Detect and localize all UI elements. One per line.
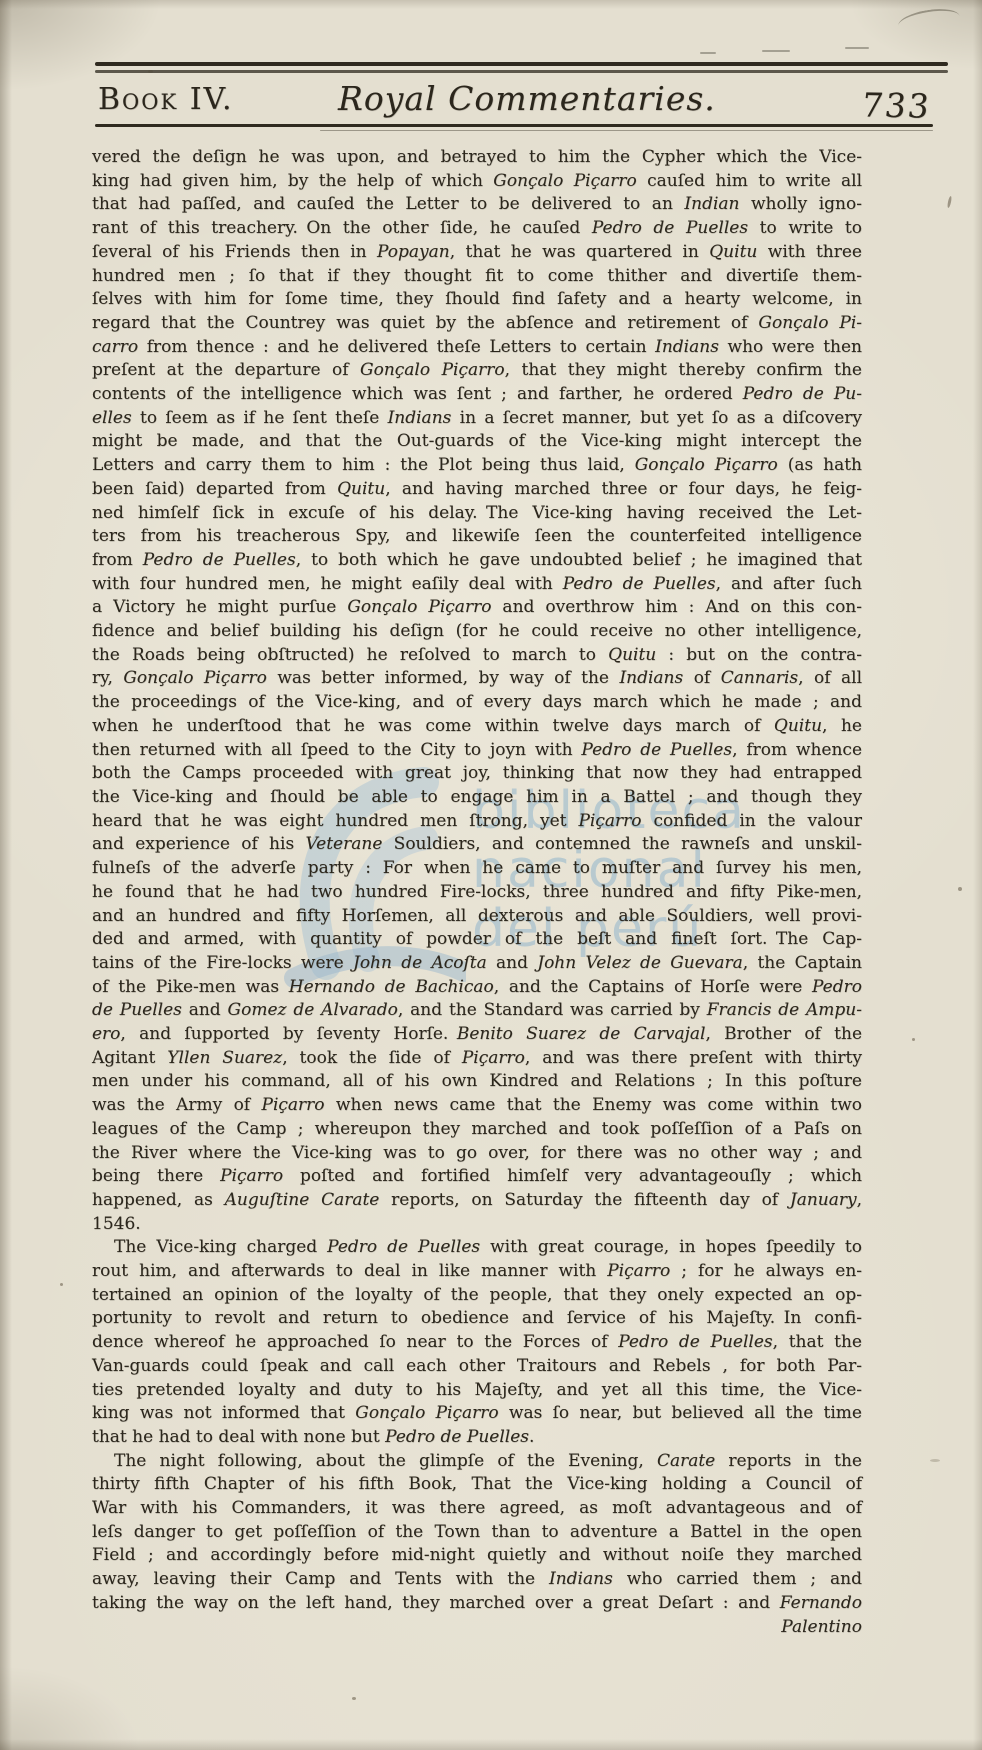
text-line: the Vice-king and ſhould be able to enga… xyxy=(92,786,862,810)
proper-name-italic-run: Veterane xyxy=(305,834,382,854)
text-run: ſeveral of his Friends then in xyxy=(92,242,377,262)
text-run: who carried them ; and xyxy=(613,1569,862,1589)
text-line: leagues of the Camp ; whereupon they mar… xyxy=(92,1118,862,1142)
text-line: Field ; and accordingly before mid-night… xyxy=(92,1544,862,1568)
text-run: tertained an opinion of the loyalty of t… xyxy=(92,1285,862,1305)
text-run: then returned with all ſpeed to the City… xyxy=(92,740,581,760)
text-line: vered the deſign he was upon, and betray… xyxy=(92,146,862,170)
text-run: from xyxy=(92,550,143,570)
text-line: Agitant Yllen Suarez, took the ſide of P… xyxy=(92,1047,862,1071)
proper-name-italic-run: Pedro de Puelles xyxy=(385,1427,529,1447)
text-line: carro from thence : and he delivered the… xyxy=(92,336,862,360)
text-run: , and was there preſent with thirty xyxy=(525,1048,862,1068)
text-run: reports, on Saturday the fifteenth day o… xyxy=(379,1190,790,1210)
text-run: was ſo near, but believed all the time xyxy=(499,1403,862,1423)
text-line: dence whereof he approached ſo near to t… xyxy=(92,1331,862,1355)
text-run: War with his Commanders, it was there ag… xyxy=(92,1498,862,1518)
text-line: the proceedings of the Vice-king, and of… xyxy=(92,691,862,715)
text-line: from Pedro de Puelles, to both which he … xyxy=(92,549,862,573)
text-run: . xyxy=(529,1427,534,1447)
text-run: The Vice-king charged xyxy=(114,1237,327,1257)
text-run: 1546. xyxy=(92,1214,141,1234)
text-run: ties pretended loyalty and duty to his M… xyxy=(92,1380,862,1400)
proper-name-italic-run: Pedro de Puelles xyxy=(581,740,732,760)
header-rule-top xyxy=(95,62,948,66)
text-line: ſelves with him for ſome time, they ſhou… xyxy=(92,288,862,312)
text-run: , and having marched three or four days,… xyxy=(385,479,862,499)
text-column: vered the deſign he was upon, and betray… xyxy=(92,146,862,1616)
text-run: was better informed, by way of the xyxy=(267,668,620,688)
text-run: to ſeem as if he ſent theſe xyxy=(132,408,388,428)
proper-name-italic-run: Indians xyxy=(655,337,719,357)
text-run: men under his command, all of his own Ki… xyxy=(92,1071,862,1091)
text-run: the Roads being obſtructed) he reſolved … xyxy=(92,645,608,665)
text-run: ded and armed, with quantity of powder o… xyxy=(92,929,862,949)
text-run: : but on the contra- xyxy=(656,645,862,665)
text-run: , and after ſuch xyxy=(716,574,862,594)
text-line: a Victory he might purſue Gonçalo Piçarr… xyxy=(92,596,862,620)
header-rule-top-2 xyxy=(95,70,948,73)
text-run: away, leaving their Camp and Tents with … xyxy=(92,1569,549,1589)
text-line: happened, as Auguſtine Carate reports, o… xyxy=(92,1189,862,1213)
proper-name-italic-run: Indians xyxy=(388,408,452,428)
text-run: Van-guards could ſpeak and call each oth… xyxy=(92,1356,862,1376)
text-line: that had paſſed, and cauſed the Letter t… xyxy=(92,193,862,217)
ink-speck xyxy=(148,70,153,73)
text-line: ded and armed, with quantity of powder o… xyxy=(92,928,862,952)
text-line: been ſaid) departed from Quitu, and havi… xyxy=(92,478,862,502)
text-run: been ſaid) departed from xyxy=(92,479,337,499)
proper-name-italic-run: Popayan xyxy=(377,242,450,262)
text-run: reports in the xyxy=(715,1451,862,1471)
text-run: Letters and carry them to him : the Plot… xyxy=(92,455,635,475)
text-run: with three xyxy=(757,242,862,262)
text-run: ry, xyxy=(92,668,123,688)
text-line: he found that he had two hundred Fire-lo… xyxy=(92,881,862,905)
text-run: , and the Standard was carried by xyxy=(398,1000,707,1020)
text-line: king had given him, by the help of which… xyxy=(92,170,862,194)
text-run: , xyxy=(857,1190,862,1210)
text-run: , from whence xyxy=(732,740,862,760)
text-line: hundred men ; ſo that if they thought fi… xyxy=(92,265,862,289)
text-run: when he underſtood that he was come with… xyxy=(92,716,774,736)
text-run: ned himſelf ſick in excuſe of his delay.… xyxy=(92,503,862,523)
text-line: fidence and belief building his deſign (… xyxy=(92,620,862,644)
text-run: a Victory he might purſue xyxy=(92,597,347,617)
text-line: 1546. xyxy=(92,1213,862,1237)
text-run: and xyxy=(182,1000,228,1020)
text-run: the River where the Vice-king was to go … xyxy=(92,1143,862,1163)
proper-name-italic-run: Indians xyxy=(619,668,683,688)
text-line: de Puelles and Gomez de Alvarado, and th… xyxy=(92,999,862,1023)
text-run: dence whereof he approached ſo near to t… xyxy=(92,1332,618,1352)
text-run: happened, as xyxy=(92,1190,225,1210)
text-line: and an hundred and fifty Horſemen, all d… xyxy=(92,905,862,929)
proper-name-italic-run: Gonçalo Pi- xyxy=(758,313,862,333)
text-line: ned himſelf ſick in excuſe of his delay.… xyxy=(92,502,862,526)
text-run: , to both which he gave undoubted belief… xyxy=(296,550,862,570)
proper-name-italic-run: de Puelles xyxy=(92,1000,182,1020)
text-run: ters from his treacherous Spy, and likew… xyxy=(92,526,862,546)
press-mark xyxy=(762,50,790,52)
text-line: men under his command, all of his own Ki… xyxy=(92,1070,862,1094)
text-run: cauſed him to write all xyxy=(637,171,862,191)
proper-name-italic-run: Quitu xyxy=(709,242,757,262)
proper-name-italic-run: Quitu xyxy=(608,645,656,665)
text-run: leagues of the Camp ; whereupon they mar… xyxy=(92,1119,862,1139)
text-run: , the Captain xyxy=(743,953,862,973)
text-run: , that the xyxy=(773,1332,862,1352)
text-run: with four hundred men, he might eaſily d… xyxy=(92,574,563,594)
text-run: to write to xyxy=(748,218,862,238)
text-run: , of all xyxy=(798,668,862,688)
proper-name-italic-run: January xyxy=(790,1190,857,1210)
text-run: Souldiers, and contemned the rawneſs and… xyxy=(382,834,862,854)
text-run: preſent at the departure of xyxy=(92,360,360,380)
text-line: both the Camps proceeded with great joy,… xyxy=(92,762,862,786)
text-line: leſs danger to get poſſeſſion of the Tow… xyxy=(92,1521,862,1545)
text-run: taking the way on the left hand, they ma… xyxy=(92,1593,780,1613)
proper-name-italic-run: Quitu xyxy=(774,716,822,736)
text-run: and experience of his xyxy=(92,834,305,854)
proper-name-italic-run: John Velez de Guevara xyxy=(537,953,743,973)
proper-name-italic-run: Gonçalo Piçarro xyxy=(355,1403,498,1423)
text-run: king was not informed that xyxy=(92,1403,355,1423)
proper-name-italic-run: Gonçalo Piçarro xyxy=(360,360,505,380)
text-run: rant of this treachery. On the other ſid… xyxy=(92,218,592,238)
ink-speck xyxy=(912,1038,915,1041)
proper-name-italic-run: Yllen Suarez xyxy=(167,1048,282,1068)
proper-name-italic-run: Gomez de Alvarado xyxy=(228,1000,398,1020)
text-run: and an hundred and fifty Horſemen, all d… xyxy=(92,906,862,926)
text-line: preſent at the departure of Gonçalo Piça… xyxy=(92,359,862,383)
text-line: the Roads being obſtructed) he reſolved … xyxy=(92,644,862,668)
proper-name-italic-run: Piçarro xyxy=(462,1048,525,1068)
text-run: of xyxy=(683,668,720,688)
text-run: contents of the intelligence which was ſ… xyxy=(92,384,743,404)
text-run: Field ; and accordingly before mid-night… xyxy=(92,1545,862,1565)
text-run: regard that the Countrey was quiet by th… xyxy=(92,313,758,333)
text-line: and experience of his Veterane Souldiers… xyxy=(92,833,862,857)
text-run: from thence : and he delivered theſe Let… xyxy=(138,337,655,357)
text-run: , and ſupported by ſeventy Horſe. xyxy=(120,1024,456,1044)
text-line: when he underſtood that he was come with… xyxy=(92,715,862,739)
proper-name-italic-run: Gonçalo Piçarro xyxy=(635,455,778,475)
text-line: away, leaving their Camp and Tents with … xyxy=(92,1568,862,1592)
proper-name-italic-run: Quitu xyxy=(337,479,385,499)
text-run: portunity to revolt and return to obedie… xyxy=(92,1308,862,1328)
text-run: , took the ſide of xyxy=(282,1048,462,1068)
proper-name-italic-run: Hernando de Bachicao xyxy=(289,977,494,997)
text-line: of the Pike-men was Hernando de Bachicao… xyxy=(92,976,862,1000)
proper-name-italic-run: Auguſtine Carate xyxy=(225,1190,380,1210)
text-line: heard that he was eight hundred men ſtro… xyxy=(92,810,862,834)
text-line: ero, and ſupported by ſeventy Horſe. Ben… xyxy=(92,1023,862,1047)
text-line: was the Army of Piçarro when news came t… xyxy=(92,1094,862,1118)
text-line: rout him, and afterwards to deal in like… xyxy=(92,1260,862,1284)
proper-name-italic-run: Indians xyxy=(549,1569,613,1589)
proper-name-italic-run: Cannaris xyxy=(721,668,798,688)
proper-name-italic-run: Gonçalo Piçarro xyxy=(123,668,267,688)
text-run: might be made, and that the Out-guards o… xyxy=(92,431,862,451)
text-line: ties pretended loyalty and duty to his M… xyxy=(92,1379,862,1403)
text-run: was the Army of xyxy=(92,1095,262,1115)
proper-name-italic-run: Piçarro xyxy=(220,1166,283,1186)
proper-name-italic-run: Pedro de Puelles xyxy=(618,1332,772,1352)
text-line: tains of the Fire-locks were John de Aco… xyxy=(92,952,862,976)
text-run: leſs danger to get poſſeſſion of the Tow… xyxy=(92,1522,862,1542)
text-run: vered the deſign he was upon, and betray… xyxy=(92,147,862,167)
text-line: elles to ſeem as if he ſent theſe Indian… xyxy=(92,407,862,431)
header-rule-bottom-echo xyxy=(320,130,933,131)
text-run: , Brother of the xyxy=(705,1024,862,1044)
text-run: in a ſecret manner, but yet ſo as a diſc… xyxy=(451,408,862,428)
proper-name-italic-run: Indian xyxy=(684,194,739,214)
text-line: Van-guards could ſpeak and call each oth… xyxy=(92,1355,862,1379)
proper-name-italic-run: Pedro de Puelles xyxy=(592,218,748,238)
corner-curl-mark xyxy=(897,5,962,36)
text-run: , and the Captains of Horſe were xyxy=(494,977,812,997)
text-run: tains of the Fire-locks were xyxy=(92,953,353,973)
text-line: portunity to revolt and return to obedie… xyxy=(92,1307,862,1331)
proper-name-italic-run: Carate xyxy=(657,1451,715,1471)
text-run: confided in the valour xyxy=(641,811,862,831)
text-line: The night following, about the glimpſe o… xyxy=(92,1450,862,1474)
running-title: Royal Commentaries. xyxy=(338,79,716,118)
text-run: fulneſs of the adverſe party : For when … xyxy=(92,858,862,878)
proper-name-italic-run: Francis de Ampu- xyxy=(707,1000,862,1020)
text-run: , he xyxy=(822,716,862,736)
book-number-label: Book IV. xyxy=(98,82,234,117)
text-line: The Vice-king charged Pedro de Puelles w… xyxy=(92,1236,862,1260)
text-run: poſted and fortified himſelf very advant… xyxy=(283,1166,862,1186)
header-rule-bottom xyxy=(95,124,933,127)
text-run: , that he was quartered in xyxy=(450,242,710,262)
text-run: rout him, and afterwards to deal in like… xyxy=(92,1261,607,1281)
text-run: the Vice-king and ſhould be able to enga… xyxy=(92,787,862,807)
proper-name-italic-run: John de Acoſta xyxy=(353,953,487,973)
text-run: with great courage, in hopes ſpeedily to xyxy=(480,1237,862,1257)
ink-speck xyxy=(947,196,952,208)
text-line: War with his Commanders, it was there ag… xyxy=(92,1497,862,1521)
proper-name-italic-run: Pedro de Puelles xyxy=(563,574,716,594)
text-line: tertained an opinion of the loyalty of t… xyxy=(92,1284,862,1308)
text-run: he found that he had two hundred Fire-lo… xyxy=(92,882,862,902)
proper-name-italic-run: Fernando xyxy=(780,1593,862,1613)
text-line: being there Piçarro poſted and fortified… xyxy=(92,1165,862,1189)
proper-name-italic-run: ero xyxy=(92,1024,120,1044)
text-run: who were then xyxy=(719,337,862,357)
text-run: heard that he was eight hundred men ſtro… xyxy=(92,811,578,831)
text-line: ry, Gonçalo Piçarro was better informed,… xyxy=(92,667,862,691)
press-mark xyxy=(700,52,716,54)
text-line: with four hundred men, he might eaſily d… xyxy=(92,573,862,597)
proper-name-italic-run: carro xyxy=(92,337,138,357)
text-run: wholly igno- xyxy=(739,194,862,214)
proper-name-italic-run: Benito Suarez de Carvajal xyxy=(457,1024,706,1044)
text-run: , that they might thereby confirm the xyxy=(505,360,862,380)
ink-speck xyxy=(352,1697,356,1700)
proper-name-italic-run: Gonçalo Piçarro xyxy=(493,171,636,191)
ink-speck xyxy=(958,887,962,891)
proper-name-italic-run: Piçarro xyxy=(262,1095,325,1115)
text-line: ters from his treacherous Spy, and likew… xyxy=(92,525,862,549)
text-run: hundred men ; ſo that if they thought fi… xyxy=(92,266,862,286)
proper-name-italic-run: Pedro xyxy=(812,977,862,997)
text-line: then returned with all ſpeed to the City… xyxy=(92,739,862,763)
text-line: contents of the intelligence which was ſ… xyxy=(92,383,862,407)
text-run: (as hath xyxy=(778,455,862,475)
press-mark xyxy=(845,47,869,49)
book-page: biblioteca nacional del perú Book IV. Ro… xyxy=(0,0,982,1750)
text-run: both the Camps proceeded with great joy,… xyxy=(92,763,862,783)
text-run: Agitant xyxy=(92,1048,167,1068)
text-run: of the Pike-men was xyxy=(92,977,289,997)
text-run: the proceedings of the Vice-king, and of… xyxy=(92,692,862,712)
text-run: fidence and belief building his deſign (… xyxy=(92,621,862,641)
text-line: fulneſs of the adverſe party : For when … xyxy=(92,857,862,881)
proper-name-italic-run: Piçarro xyxy=(578,811,641,831)
text-run: that he had to deal with none but xyxy=(92,1427,385,1447)
text-line: might be made, and that the Out-guards o… xyxy=(92,430,862,454)
text-line: Letters and carry them to him : the Plot… xyxy=(92,454,862,478)
ink-speck xyxy=(930,1459,940,1462)
text-run: ſelves with him for ſome time, they ſhou… xyxy=(92,289,862,309)
text-line: rant of this treachery. On the other ſid… xyxy=(92,217,862,241)
text-run: ; for he always en- xyxy=(670,1261,862,1281)
text-line: thirty fifth Chapter of his fifth Book, … xyxy=(92,1473,862,1497)
text-run: thirty fifth Chapter of his fifth Book, … xyxy=(92,1474,862,1494)
text-run: and xyxy=(487,953,538,973)
page-number: 733 xyxy=(860,85,934,125)
text-block: vered the deſign he was upon, and betray… xyxy=(92,146,862,1639)
text-line: the River where the Vice-king was to go … xyxy=(92,1142,862,1166)
proper-name-italic-run: elles xyxy=(92,408,132,428)
ink-speck xyxy=(60,1283,63,1286)
proper-name-italic-run: Pedro de Puelles xyxy=(143,550,296,570)
text-run: being there xyxy=(92,1166,220,1186)
text-line: that he had to deal with none but Pedro … xyxy=(92,1426,862,1450)
proper-name-italic-run: Pedro de Pu- xyxy=(743,384,862,404)
proper-name-italic-run: Gonçalo Piçarro xyxy=(347,597,491,617)
text-line: taking the way on the left hand, they ma… xyxy=(92,1592,862,1616)
proper-name-italic-run: Pedro de Puelles xyxy=(327,1237,480,1257)
proper-name-italic-run: Piçarro xyxy=(607,1261,670,1281)
text-run: and overthrow him : And on this con- xyxy=(491,597,862,617)
text-line: ſeveral of his Friends then in Popayan, … xyxy=(92,241,862,265)
text-line: king was not informed that Gonçalo Piçar… xyxy=(92,1402,862,1426)
text-line: regard that the Countrey was quiet by th… xyxy=(92,312,862,336)
text-run: when news came that the Enemy was come w… xyxy=(325,1095,862,1115)
catchword: Palentino xyxy=(92,1616,862,1640)
text-run: king had given him, by the help of which xyxy=(92,171,493,191)
text-run: that had paſſed, and cauſed the Letter t… xyxy=(92,194,684,214)
text-run: The night following, about the glimpſe o… xyxy=(114,1451,657,1471)
